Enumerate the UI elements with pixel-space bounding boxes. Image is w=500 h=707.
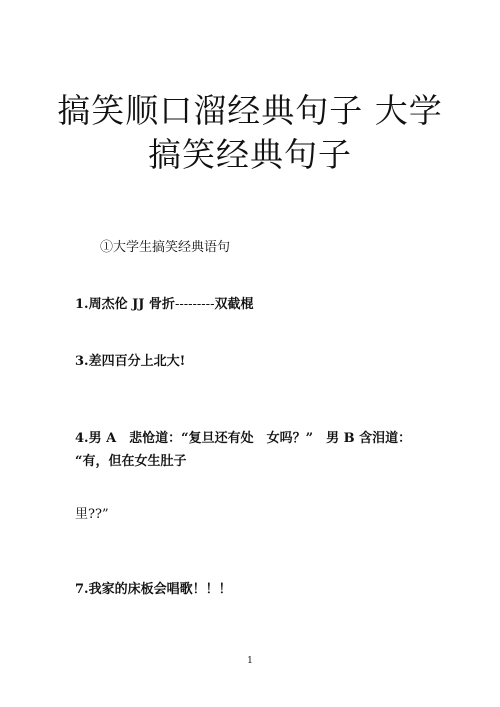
section-heading: ①大学生搞笑经典语句	[100, 236, 230, 255]
item-text: 1.周杰伦 JJ 骨折	[75, 297, 175, 312]
list-item: 3.差四百分上北大!	[75, 350, 185, 369]
item-text: 双截棍	[214, 297, 253, 312]
page-number: 1	[0, 656, 500, 666]
list-item: 1.周杰伦 JJ 骨折---------双截棍	[75, 293, 254, 312]
list-item: 4.男 A 悲怆道：“复旦还有处 女吗？” 男 B 含泪道：	[75, 427, 411, 446]
document-title-line-1: 搞笑顺口溜经典句子 大学	[0, 89, 500, 133]
list-item-continuation: “有，但在女生肚子	[75, 450, 186, 469]
document-title-line-2: 搞笑经典句子	[0, 133, 500, 177]
list-item: 7.我家的床板会唱歌！！！	[75, 578, 232, 597]
item-dash: ---------	[175, 297, 215, 312]
list-item-continuation: 里??”	[75, 503, 109, 522]
